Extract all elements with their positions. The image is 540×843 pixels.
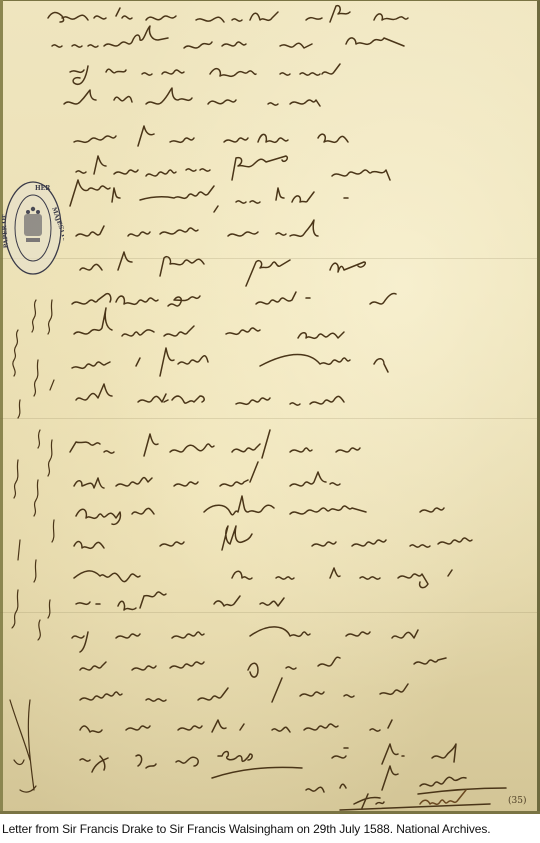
line-17	[74, 526, 472, 550]
line-12	[72, 348, 388, 376]
line-19	[76, 592, 284, 610]
line-16	[76, 496, 444, 524]
line-22	[80, 678, 408, 702]
closing-line	[306, 744, 506, 794]
line-6	[76, 156, 390, 180]
line-18	[74, 568, 452, 588]
margin-note	[10, 300, 54, 792]
line-7	[70, 180, 348, 212]
line-11	[74, 308, 344, 338]
line-4	[64, 88, 320, 106]
state-paper-office-stamp: HER MAJESTYS PAPER OF	[2, 178, 64, 278]
manuscript-figure: HER MAJESTYS PAPER OF (35)	[0, 0, 540, 817]
svg-text:HER: HER	[35, 185, 51, 192]
line-13	[76, 384, 344, 405]
folio-number: (35)	[508, 796, 526, 806]
line-9	[80, 252, 365, 286]
line-21	[80, 657, 446, 677]
handwritten-text	[0, 0, 540, 814]
date-line	[80, 752, 302, 779]
figure-caption: Letter from Sir Francis Drake to Sir Fra…	[2, 822, 490, 836]
line-2	[52, 26, 404, 48]
line-8	[76, 220, 318, 236]
line-20	[72, 627, 418, 652]
signature	[340, 790, 490, 810]
line-10	[72, 292, 396, 306]
line-1	[48, 6, 408, 22]
line-14	[70, 430, 360, 458]
line-23	[80, 720, 392, 732]
line-3	[70, 64, 340, 84]
line-5	[74, 126, 348, 146]
line-15	[74, 462, 340, 488]
